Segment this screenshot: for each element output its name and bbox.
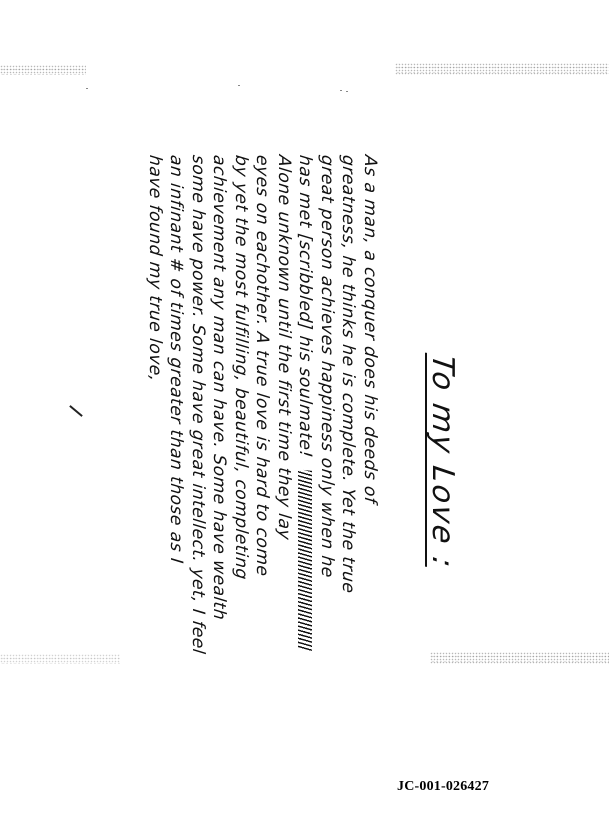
handwritten-letter: To my Love : As a man, a conquer does hi…	[144, 155, 473, 675]
scan-speck	[238, 85, 240, 86]
letter-line: some have power. Some have great intelle…	[187, 154, 209, 676]
bates-number: JC-001-026427	[397, 779, 489, 795]
letter-line: achievement any man can have. Some have …	[208, 154, 230, 676]
letter-line: great person achieves happiness only whe…	[316, 154, 338, 676]
letter-line: have found my true love,	[144, 154, 166, 676]
letter-line-text: has met [scribbled] his soulmate!	[296, 154, 316, 459]
letter-line: eyes on eachother. A true love is hard t…	[251, 154, 273, 676]
scan-speck	[86, 88, 88, 89]
scan-noise-band	[395, 63, 609, 75]
scan-speck	[346, 91, 348, 92]
letter-line: greatness, he thinks he is complete. Yet…	[337, 154, 359, 676]
scan-noise-band	[0, 65, 86, 75]
scanned-page: To my Love : As a man, a conquer does hi…	[0, 0, 609, 836]
letter-line: has met [scribbled] his soulmate!	[294, 154, 316, 676]
scan-noise-band	[0, 654, 120, 664]
scan-speck	[340, 90, 342, 91]
letter-line: an infinant # of times greater than thos…	[165, 154, 187, 676]
scribbled-out-text	[299, 469, 313, 650]
letter-line: by yet the most fulfilling, beautiful, c…	[230, 154, 252, 676]
letter-line: As a man, a conquer does his deeds of	[359, 154, 381, 676]
closing-pen-mark	[69, 405, 83, 417]
letter-line: Alone unknown until the first time they …	[273, 154, 295, 676]
letter-salutation: To my Love :	[412, 351, 472, 679]
